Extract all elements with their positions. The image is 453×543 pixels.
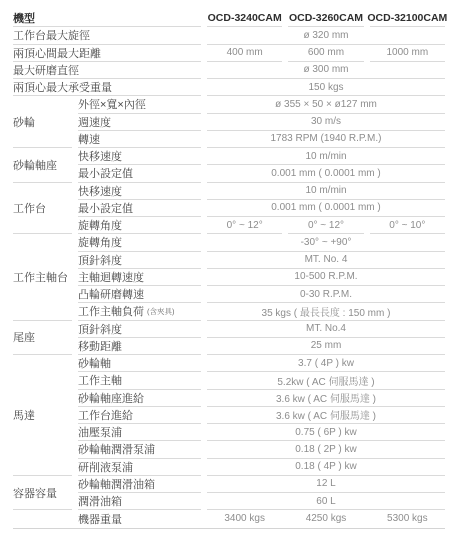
value-span-cell: 0-30 R.P.M. bbox=[207, 286, 445, 303]
row-label-text: 研削液泵浦 bbox=[78, 459, 133, 475]
row-values: ø 355 × 50 × ø127 mm bbox=[207, 96, 445, 113]
section-rows: 旋轉角度-30° ~ +90°頂針斜度MT. No. 4主軸迴轉速度10-500… bbox=[78, 234, 445, 320]
row-label-text: 工作主軸負荷 bbox=[78, 303, 144, 319]
spec-section: 工作台快移速度10 m/min最小設定值0.001 mm ( 0.0001 mm… bbox=[13, 183, 445, 235]
row-values: 12 L bbox=[207, 476, 445, 493]
spec-section: 砂輪外徑×寬×內徑ø 355 × 50 × ø127 mm週速度30 m/s轉速… bbox=[13, 96, 445, 148]
row-label: 油壓泵浦 bbox=[78, 424, 201, 441]
row-values: 0.001 mm ( 0.0001 mm ) bbox=[207, 200, 445, 217]
row-values: 0.75 ( 6P ) kw bbox=[207, 424, 445, 441]
value-cell: 0° ~ 10° bbox=[370, 217, 445, 234]
row-values: 3.7 ( 4P ) kw bbox=[207, 355, 445, 372]
row-label: 兩頂心最大承受重量 bbox=[13, 79, 201, 96]
value-span-cell: 0.001 mm ( 0.0001 mm ) bbox=[207, 165, 445, 182]
row-label-text: 主軸迴轉速度 bbox=[78, 269, 144, 285]
row-label-text: 快移速度 bbox=[78, 148, 122, 164]
row-label-text: 外徑×寬×內徑 bbox=[78, 96, 146, 112]
row-label-text: 工作台最大旋徑 bbox=[13, 27, 90, 43]
row-values: 150 kgs bbox=[207, 79, 445, 96]
row-values: 0.18 ( 4P ) kw bbox=[207, 459, 445, 476]
row-values: 25 mm bbox=[207, 338, 445, 355]
spec-row: 兩頂心最大承受重量150 kgs bbox=[13, 79, 445, 96]
row-label: 研削液泵浦 bbox=[78, 459, 201, 476]
spec-row: 機器重量3400 kgs4250 kgs5300 kgs bbox=[78, 510, 445, 527]
spec-header-row: 機型OCD-3240CAMOCD-3260CAMOCD-32100CAM bbox=[13, 10, 445, 27]
row-label-text: 機器重量 bbox=[78, 511, 122, 527]
spec-row: 轉速1783 RPM (1940 R.P.M.) bbox=[78, 131, 445, 148]
spec-row: 研削液泵浦0.18 ( 4P ) kw bbox=[78, 459, 445, 476]
value-cell: 0° ~ 12° bbox=[288, 217, 363, 234]
row-label: 最小設定值 bbox=[78, 165, 201, 182]
row-values: 10 m/min bbox=[207, 183, 445, 200]
row-label-text: 兩頂心間最大距離 bbox=[13, 45, 101, 61]
model-header: OCD-3240CAM bbox=[207, 10, 282, 27]
row-sublabel: (含夾具) bbox=[147, 306, 175, 317]
row-label: 潤滑油箱 bbox=[78, 493, 201, 510]
row-label: 兩頂心間最大距離 bbox=[13, 45, 201, 62]
section-label: 工作台 bbox=[13, 183, 72, 235]
row-values: 35 kgs ( 最長長度 : 150 mm ) bbox=[207, 303, 445, 320]
row-values: 0.18 ( 2P ) kw bbox=[207, 441, 445, 458]
row-label-text: 最大研磨直徑 bbox=[13, 62, 79, 78]
spec-row: 頂針斜度MT. No. 4 bbox=[78, 252, 445, 269]
row-values: 3400 kgs4250 kgs5300 kgs bbox=[207, 510, 445, 527]
value-span-cell: 0.75 ( 6P ) kw bbox=[207, 424, 445, 441]
row-label-text: 最小設定值 bbox=[78, 200, 133, 216]
value-span-cell: 150 kgs bbox=[207, 79, 445, 96]
spec-table: 機型OCD-3240CAMOCD-3260CAMOCD-32100CAM工作台最… bbox=[13, 10, 445, 529]
section-label: 工作主軸台 bbox=[13, 234, 72, 320]
value-cell: 4250 kgs bbox=[288, 510, 363, 527]
row-values: 1783 RPM (1940 R.P.M.) bbox=[207, 131, 445, 148]
model-column-header: 機型 bbox=[13, 10, 201, 27]
spec-row: 兩頂心間最大距離400 mm600 mm1000 mm bbox=[13, 45, 445, 62]
value-span-cell: 60 L bbox=[207, 493, 445, 510]
section-rows: 砂輪軸潤滑油箱12 L潤滑油箱60 L bbox=[78, 476, 445, 511]
row-values: 3.6 kw ( AC 伺服馬達 ) bbox=[207, 390, 445, 407]
value-span-cell: 3.6 kw ( AC 伺服馬達 ) bbox=[207, 407, 445, 424]
row-label: 砂輪軸座進給 bbox=[78, 390, 201, 407]
row-label: 外徑×寬×內徑 bbox=[78, 96, 201, 113]
row-label: 凸輪研磨轉速 bbox=[78, 286, 201, 303]
spec-row: 工作台進給3.6 kw ( AC 伺服馬達 ) bbox=[78, 407, 445, 424]
row-values: MT. No.4 bbox=[207, 321, 445, 338]
section-rows: 頂針斜度MT. No.4移動距離25 mm bbox=[78, 321, 445, 356]
spec-section: 機器重量3400 kgs4250 kgs5300 kgs bbox=[13, 510, 445, 527]
row-label: 旋轉角度 bbox=[78, 234, 201, 251]
row-values: ø 320 mm bbox=[207, 27, 445, 44]
row-label-text: 快移速度 bbox=[78, 183, 122, 199]
row-values: 10 m/min bbox=[207, 148, 445, 165]
section-rows: 外徑×寬×內徑ø 355 × 50 × ø127 mm週速度30 m/s轉速17… bbox=[78, 96, 445, 148]
value-span-cell: 5.2kw ( AC 伺服馬達 ) bbox=[207, 372, 445, 389]
value-span-cell: 0.001 mm ( 0.0001 mm ) bbox=[207, 200, 445, 217]
row-label-text: 砂輪軸潤滑泵浦 bbox=[78, 441, 155, 457]
spec-row: 頂針斜度MT. No.4 bbox=[78, 321, 445, 338]
row-label-text: 旋轉角度 bbox=[78, 217, 122, 233]
value-span-cell: 12 L bbox=[207, 476, 445, 493]
spec-row: 快移速度10 m/min bbox=[78, 183, 445, 200]
row-label-text: 工作台進給 bbox=[78, 407, 133, 423]
row-label: 頂針斜度 bbox=[78, 321, 201, 338]
row-label-text: 工作主軸 bbox=[78, 372, 122, 388]
row-label-text: 週速度 bbox=[78, 114, 111, 130]
spec-row: 工作主軸負荷(含夾具)35 kgs ( 最長長度 : 150 mm ) bbox=[78, 303, 445, 320]
row-label-text: 砂輪軸潤滑油箱 bbox=[78, 476, 155, 492]
row-values: 0° ~ 12°0° ~ 12°0° ~ 10° bbox=[207, 217, 445, 234]
spec-row: 砂輪軸潤滑泵浦0.18 ( 2P ) kw bbox=[78, 441, 445, 458]
model-headers: OCD-3240CAMOCD-3260CAMOCD-32100CAM bbox=[207, 10, 445, 27]
value-cell: 5300 kgs bbox=[370, 510, 445, 527]
row-label-text: 移動距離 bbox=[78, 338, 122, 354]
row-values: -30° ~ +90° bbox=[207, 234, 445, 251]
spec-section: 馬達砂輪軸3.7 ( 4P ) kw工作主軸5.2kw ( AC 伺服馬達 )砂… bbox=[13, 355, 445, 476]
value-cell: 600 mm bbox=[288, 45, 363, 62]
row-label: 最小設定值 bbox=[78, 200, 201, 217]
value-span-cell: 30 m/s bbox=[207, 114, 445, 131]
section-label: 砂輪 bbox=[13, 96, 72, 148]
row-values: 0-30 R.P.M. bbox=[207, 286, 445, 303]
value-span-cell: 3.7 ( 4P ) kw bbox=[207, 355, 445, 372]
row-label-text: 兩頂心最大承受重量 bbox=[13, 79, 112, 95]
row-label: 砂輪軸潤滑泵浦 bbox=[78, 441, 201, 458]
row-label: 頂針斜度 bbox=[78, 252, 201, 269]
spec-row: 工作主軸5.2kw ( AC 伺服馬達 ) bbox=[78, 372, 445, 389]
model-header: OCD-32100CAM bbox=[370, 10, 445, 27]
value-cell: 0° ~ 12° bbox=[207, 217, 282, 234]
row-label-text: 頂針斜度 bbox=[78, 321, 122, 337]
value-span-cell: 10-500 R.P.M. bbox=[207, 269, 445, 286]
value-cell: 400 mm bbox=[207, 45, 282, 62]
row-label-text: 轉速 bbox=[78, 131, 100, 147]
section-rows: 快移速度10 m/min最小設定值0.001 mm ( 0.0001 mm ) bbox=[78, 148, 445, 183]
spec-row: 工作台最大旋徑ø 320 mm bbox=[13, 27, 445, 44]
row-label: 最大研磨直徑 bbox=[13, 62, 201, 79]
section-rows: 機器重量3400 kgs4250 kgs5300 kgs bbox=[78, 510, 445, 527]
row-label-text: 頂針斜度 bbox=[78, 252, 122, 268]
value-span-cell: 0.18 ( 2P ) kw bbox=[207, 441, 445, 458]
row-values: 60 L bbox=[207, 493, 445, 510]
row-values: 400 mm600 mm1000 mm bbox=[207, 45, 445, 62]
value-cell: 1000 mm bbox=[370, 45, 445, 62]
row-label: 砂輪軸潤滑油箱 bbox=[78, 476, 201, 493]
value-span-cell: 0.18 ( 4P ) kw bbox=[207, 459, 445, 476]
spec-row: 最小設定值0.001 mm ( 0.0001 mm ) bbox=[78, 200, 445, 217]
value-span-cell: 10 m/min bbox=[207, 183, 445, 200]
row-label-text: 油壓泵浦 bbox=[78, 424, 122, 440]
row-label: 主軸迴轉速度 bbox=[78, 269, 201, 286]
value-span-cell: 3.6 kw ( AC 伺服馬達 ) bbox=[207, 390, 445, 407]
spec-section: 容器容量砂輪軸潤滑油箱12 L潤滑油箱60 L bbox=[13, 476, 445, 511]
row-label: 轉速 bbox=[78, 131, 201, 148]
spec-section: 工作台最大旋徑ø 320 mm兩頂心間最大距離400 mm600 mm1000 … bbox=[13, 27, 445, 96]
spec-row: 快移速度10 m/min bbox=[78, 148, 445, 165]
row-label: 工作主軸負荷(含夾具) bbox=[78, 303, 201, 320]
row-label: 旋轉角度 bbox=[78, 217, 201, 234]
row-label-text: 砂輪軸 bbox=[78, 355, 111, 371]
row-label: 快移速度 bbox=[78, 183, 201, 200]
row-label-text: 旋轉角度 bbox=[78, 234, 122, 250]
value-span-cell: 10 m/min bbox=[207, 148, 445, 165]
value-span-cell: ø 300 mm bbox=[207, 62, 445, 79]
spec-row: 主軸迴轉速度10-500 R.P.M. bbox=[78, 269, 445, 286]
row-values: 3.6 kw ( AC 伺服馬達 ) bbox=[207, 407, 445, 424]
spec-section: 砂輪軸座快移速度10 m/min最小設定值0.001 mm ( 0.0001 m… bbox=[13, 148, 445, 183]
value-span-cell: ø 355 × 50 × ø127 mm bbox=[207, 96, 445, 113]
spec-row: 外徑×寬×內徑ø 355 × 50 × ø127 mm bbox=[78, 96, 445, 113]
value-span-cell: -30° ~ +90° bbox=[207, 234, 445, 251]
value-span-cell: MT. No.4 bbox=[207, 321, 445, 338]
spec-row: 油壓泵浦0.75 ( 6P ) kw bbox=[78, 424, 445, 441]
row-label: 快移速度 bbox=[78, 148, 201, 165]
row-values: 30 m/s bbox=[207, 114, 445, 131]
section-label: 尾座 bbox=[13, 321, 72, 356]
section-label: 馬達 bbox=[13, 355, 72, 476]
model-header: OCD-3260CAM bbox=[288, 10, 363, 27]
spec-row: 凸輪研磨轉速0-30 R.P.M. bbox=[78, 286, 445, 303]
spec-row: 潤滑油箱60 L bbox=[78, 493, 445, 510]
row-values: 10-500 R.P.M. bbox=[207, 269, 445, 286]
spec-row: 旋轉角度0° ~ 12°0° ~ 12°0° ~ 10° bbox=[78, 217, 445, 234]
row-label: 工作台進給 bbox=[78, 407, 201, 424]
section-rows: 工作台最大旋徑ø 320 mm兩頂心間最大距離400 mm600 mm1000 … bbox=[13, 27, 445, 96]
value-span-cell: MT. No. 4 bbox=[207, 252, 445, 269]
spec-row: 砂輪軸3.7 ( 4P ) kw bbox=[78, 355, 445, 372]
row-label: 工作台最大旋徑 bbox=[13, 27, 201, 44]
spec-row: 旋轉角度-30° ~ +90° bbox=[78, 234, 445, 251]
spec-row: 砂輪軸潤滑油箱12 L bbox=[78, 476, 445, 493]
row-values: 0.001 mm ( 0.0001 mm ) bbox=[207, 165, 445, 182]
value-span-cell: 25 mm bbox=[207, 338, 445, 355]
value-cell: 3400 kgs bbox=[207, 510, 282, 527]
value-span-cell: 1783 RPM (1940 R.P.M.) bbox=[207, 131, 445, 148]
section-label: 容器容量 bbox=[13, 476, 72, 511]
row-label: 砂輪軸 bbox=[78, 355, 201, 372]
row-values: 5.2kw ( AC 伺服馬達 ) bbox=[207, 372, 445, 389]
row-values: ø 300 mm bbox=[207, 62, 445, 79]
row-label-text: 凸輪研磨轉速 bbox=[78, 286, 144, 302]
spec-row: 最小設定值0.001 mm ( 0.0001 mm ) bbox=[78, 165, 445, 182]
row-label-text: 砂輪軸座進給 bbox=[78, 390, 144, 406]
section-rows: 快移速度10 m/min最小設定值0.001 mm ( 0.0001 mm )旋… bbox=[78, 183, 445, 235]
section-label bbox=[13, 510, 72, 527]
row-values: MT. No. 4 bbox=[207, 252, 445, 269]
row-label: 週速度 bbox=[78, 114, 201, 131]
spec-section: 工作主軸台旋轉角度-30° ~ +90°頂針斜度MT. No. 4主軸迴轉速度1… bbox=[13, 234, 445, 320]
section-rows: 砂輪軸3.7 ( 4P ) kw工作主軸5.2kw ( AC 伺服馬達 )砂輪軸… bbox=[78, 355, 445, 476]
row-label-text: 最小設定值 bbox=[78, 165, 133, 181]
section-label: 砂輪軸座 bbox=[13, 148, 72, 183]
row-label: 機器重量 bbox=[78, 510, 201, 527]
spec-section: 尾座頂針斜度MT. No.4移動距離25 mm bbox=[13, 321, 445, 356]
spec-row: 最大研磨直徑ø 300 mm bbox=[13, 62, 445, 79]
spec-row: 週速度30 m/s bbox=[78, 114, 445, 131]
value-span-cell: 35 kgs ( 最長長度 : 150 mm ) bbox=[207, 303, 445, 320]
value-span-cell: ø 320 mm bbox=[207, 27, 445, 44]
row-label: 工作主軸 bbox=[78, 372, 201, 389]
spec-row: 砂輪軸座進給3.6 kw ( AC 伺服馬達 ) bbox=[78, 390, 445, 407]
spec-row: 移動距離25 mm bbox=[78, 338, 445, 355]
row-label: 移動距離 bbox=[78, 338, 201, 355]
row-label-text: 潤滑油箱 bbox=[78, 493, 122, 509]
